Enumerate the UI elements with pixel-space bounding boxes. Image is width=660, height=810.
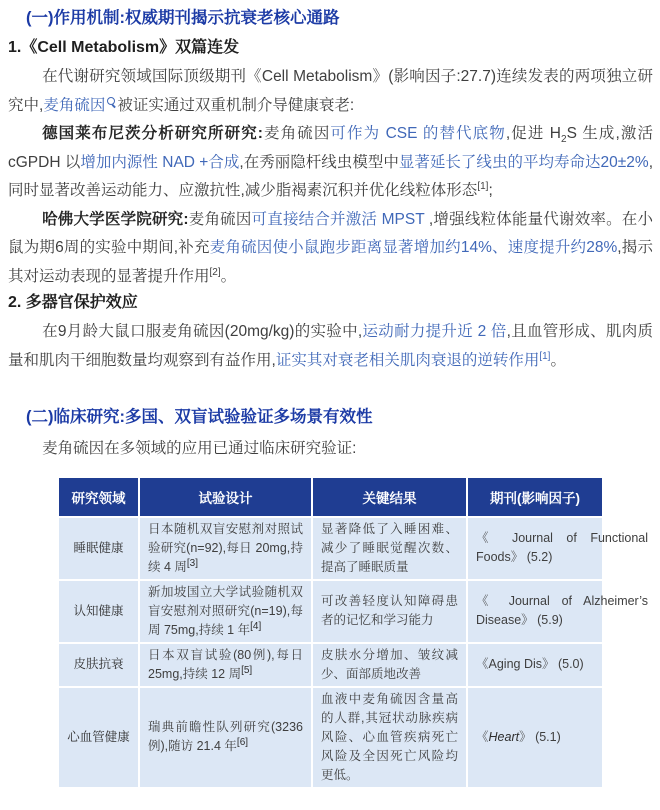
table-row: 心血管健康瑞典前瞻性队列研究(3236例),随访 21.4 年[6]血液中麦角硫… — [58, 687, 603, 788]
cell-journal: 《 Journal of Functional Foods》 (5.2) — [467, 517, 603, 580]
text-run: [5] — [241, 664, 252, 675]
text-run: 显著降低了入睡困难、减少了睡眠觉醒次数、提高了睡眠质量 — [321, 522, 458, 574]
text-run: 可改善轻度认知障碍患者的记忆和学习能力 — [321, 594, 458, 627]
text-run: ,在秀丽隐杆线虫模型中 — [239, 154, 398, 171]
cell-trial-design: 瑞典前瞻性队列研究(3236例),随访 21.4 年[6] — [139, 687, 312, 788]
text-run: 。 — [550, 352, 566, 369]
text-run: 在9月龄大鼠口服麦角硫因(20mg/kg)的实验中, — [42, 323, 362, 340]
journal-text: 《 Journal of Alzheimer’s Disease》 (5.9) — [476, 592, 648, 630]
entity-link-ergothioneine[interactable]: 麦角硫因 — [43, 97, 117, 114]
cell-key-results: 血液中麦角硫因含量高的人群,其冠状动脉疾病风险、心血管疾病死亡风险及全因死亡风险… — [312, 687, 467, 788]
text-run: [6] — [237, 737, 248, 748]
journal-text: 《Aging Dis》 (5.0) — [476, 655, 648, 674]
table-header-row: 研究领域 试验设计 关键结果 期刊(影响因子) — [58, 477, 603, 517]
text-run: 证实其对衰老相关肌肉衰退的逆转作用 — [276, 352, 540, 369]
section1-heading: (一)作用机制:权威期刊揭示抗衰老核心通路 — [8, 6, 653, 30]
table-row: 认知健康新加坡国立大学试验随机双盲安慰剂对照研究(n=19),每周 75mg,持… — [58, 580, 603, 643]
cell-key-results: 可改善轻度认知障碍患者的记忆和学习能力 — [312, 580, 467, 643]
text-run: 《Aging Dis》 (5.0) — [476, 657, 584, 671]
subheading-multi-organ: 2. 多器官保护效应 — [8, 291, 653, 315]
paragraph-rat-study: 在9月龄大鼠口服麦角硫因(20mg/kg)的实验中,运动耐力提升近 2 倍,且血… — [8, 318, 653, 375]
cell-research-field: 睡眠健康 — [58, 517, 139, 580]
text-run: 德国莱布尼茨分析研究所研究: — [42, 125, 263, 142]
paragraph-harvard-study: 哈佛大学医学院研究:麦角硫因可直接结合并激活 MPST ,增强线粒体能量代谢效率… — [8, 206, 653, 292]
text-run: [1] — [539, 350, 550, 361]
cell-trial-design: 日本随机双盲安慰剂对照试验研究(n=92),每日 20mg,持续 4 周[3] — [139, 517, 312, 580]
text-run: ,促进 H — [506, 125, 561, 142]
subheading-cell-metabolism: 1.《Cell Metabolism》双篇连发 — [8, 36, 653, 60]
header-research-field: 研究领域 — [58, 477, 139, 517]
text-run: 。 — [221, 268, 237, 285]
table-row: 皮肤抗衰日本双盲试验(80例),每日 25mg,持续 12 周[5]皮肤水分增加… — [58, 643, 603, 687]
text-run: 可直接结合并激活 MPST — [252, 211, 429, 228]
header-key-results: 关键结果 — [312, 477, 467, 517]
cell-research-field: 皮肤抗衰 — [58, 643, 139, 687]
text-run: 麦角硫因使小鼠跑步距离显著增加约14%、速度提升约28% — [210, 239, 618, 256]
text-run: [2] — [210, 266, 221, 277]
cell-research-field: 认知健康 — [58, 580, 139, 643]
clinical-table-wrapper: 研究领域 试验设计 关键结果 期刊(影响因子) 睡眠健康日本随机双盲安慰剂对照试… — [57, 476, 653, 789]
text-run: 《 Journal of Functional Foods》 (5.2) — [476, 531, 648, 564]
cell-key-results: 显著降低了入睡困难、减少了睡眠觉醒次数、提高了睡眠质量 — [312, 517, 467, 580]
cell-key-results: 皮肤水分增加、皱纹减少、面部质地改善 — [312, 643, 467, 687]
text-run: 《 — [476, 730, 489, 744]
journal-text: 《 Journal of Functional Foods》 (5.2) — [476, 529, 648, 567]
cell-trial-design: 日本双盲试验(80例),每日 25mg,持续 12 周[5] — [139, 643, 312, 687]
text-run: 《 Journal of Alzheimer’s Disease》 (5.9) — [476, 594, 648, 627]
clinical-intro-line: 麦角硫因在多领域的应用已通过临床研究验证: — [8, 435, 653, 464]
article-page: (一)作用机制:权威期刊揭示抗衰老核心通路 1.《Cell Metabolism… — [0, 0, 660, 789]
text-run: 哈佛大学医学院研究: — [42, 211, 188, 228]
header-trial-design: 试验设计 — [139, 477, 312, 517]
text-run: 麦角硫因 — [263, 125, 330, 142]
section2-heading: (二)临床研究:多国、双盲试验验证多场景有效性 — [8, 405, 653, 429]
table-body: 睡眠健康日本随机双盲安慰剂对照试验研究(n=92),每日 20mg,持续 4 周… — [58, 517, 603, 788]
cell-journal: 《Aging Dis》 (5.0) — [467, 643, 603, 687]
text-run: 增加内源性 NAD +合成 — [80, 154, 239, 171]
search-icon — [106, 97, 117, 109]
journal-text: 《Heart》 (5.1) — [476, 728, 648, 747]
text-run: ; — [488, 182, 492, 199]
header-journal: 期刊(影响因子) — [467, 477, 603, 517]
cell-trial-design: 新加坡国立大学试验随机双盲安慰剂对照研究(n=19),每周 75mg,持续 1 … — [139, 580, 312, 643]
paragraph-leibniz-study: 德国莱布尼茨分析研究所研究:麦角硫因可作为 CSE 的替代底物,促进 H2S 生… — [8, 120, 653, 206]
text-run: 新加坡国立大学试验随机双盲安慰剂对照研究(n=19),每周 75mg,持续 1 … — [148, 585, 303, 637]
text-run: 瑞典前瞻性队列研究(3236例),随访 21.4 年 — [148, 720, 303, 753]
paragraph-intro-studies: 在代谢研究领域国际顶级期刊《Cell Metabolism》(影响因子:27.7… — [8, 63, 653, 120]
text-run: 日本双盲试验(80例),每日 25mg,持续 12 周 — [148, 648, 303, 681]
clinical-table: 研究领域 试验设计 关键结果 期刊(影响因子) 睡眠健康日本随机双盲安慰剂对照试… — [57, 476, 604, 789]
text-run: 血液中麦角硫因含量高的人群,其冠状动脉疾病风险、心血管疾病死亡风险及全因死亡风险… — [321, 692, 458, 782]
cell-journal: 《Heart》 (5.1) — [467, 687, 603, 788]
text-run: [1] — [477, 181, 488, 192]
text-run: 被证实通过双重机制介导健康衰老: — [117, 97, 354, 114]
text-run: 日本随机双盲安慰剂对照试验研究(n=92),每日 20mg,持续 4 周 — [148, 522, 303, 574]
text-run: 可作为 CSE 的替代底物 — [330, 125, 505, 142]
table-row: 睡眠健康日本随机双盲安慰剂对照试验研究(n=92),每日 20mg,持续 4 周… — [58, 517, 603, 580]
text-run: 显著延长了线虫的平均寿命达20±2% — [399, 154, 649, 171]
text-run: [3] — [187, 557, 198, 568]
cell-research-field: 心血管健康 — [58, 687, 139, 788]
cell-journal: 《 Journal of Alzheimer’s Disease》 (5.9) — [467, 580, 603, 643]
text-run: [4] — [250, 620, 261, 631]
text-run: 皮肤水分增加、皱纹减少、面部质地改善 — [321, 648, 458, 681]
text-run: 》 (5.1) — [519, 730, 561, 744]
text-run: 运动耐力提升近 2 倍 — [362, 323, 506, 340]
text-run: 麦角硫因 — [189, 211, 252, 228]
text-run: Heart — [489, 730, 520, 744]
